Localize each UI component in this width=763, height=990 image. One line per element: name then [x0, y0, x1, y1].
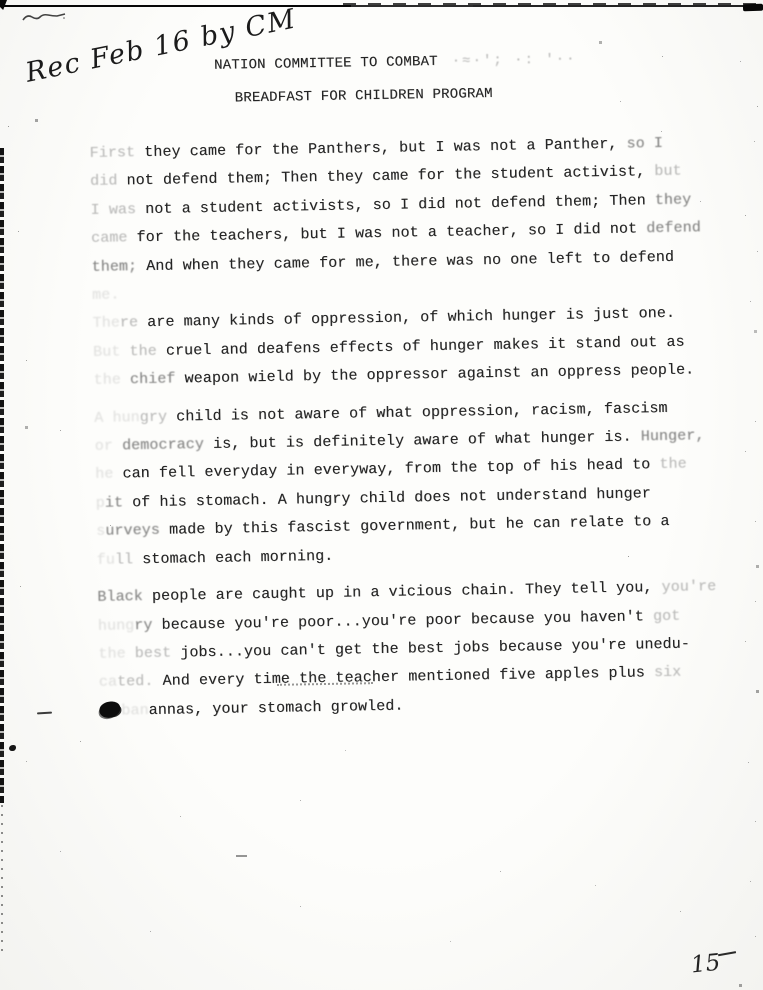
- ink-blob: [98, 700, 121, 718]
- text-segment: gry: [140, 408, 168, 425]
- text-segment: ll: [115, 551, 133, 568]
- text-segment: ban: [121, 702, 149, 719]
- text-segment: p: [96, 495, 105, 512]
- text-segment: ca: [99, 674, 117, 691]
- text-segment: made by this fascist government, but he …: [160, 513, 670, 539]
- text-segment: A hun: [94, 409, 140, 427]
- text-segment: hung: [98, 617, 135, 635]
- text-segment: not a student activists, so I did not de…: [136, 192, 655, 218]
- text-segment: the: [93, 372, 130, 390]
- scan-noise-speckles: [0, 0, 1, 1]
- text-segment: can fell everyday in everyway, from the …: [113, 457, 659, 484]
- ink-speck: [9, 745, 16, 751]
- text-segment: democracy: [122, 436, 204, 454]
- text-segment: chief: [130, 371, 176, 389]
- text-segment: urveys: [105, 522, 160, 540]
- stray-dash-mark: [37, 712, 52, 715]
- text-segment: defend: [646, 220, 701, 238]
- text-segment: is, but is definitely aware of what hung…: [204, 428, 641, 453]
- text-segment: they: [655, 191, 692, 209]
- text-segment: weapon wield by the oppressor against an…: [175, 362, 694, 388]
- text-segment: not defend them; Then they came for the …: [117, 164, 654, 190]
- text-segment: best: [135, 645, 172, 663]
- scan-edge-dashes: [343, 3, 763, 5]
- text-segment: people are caught up in a vicious chain.…: [143, 579, 662, 605]
- typed-content: NATION COMMITTEE TO COMBAT·≈·'; ·: '·· B…: [88, 49, 750, 726]
- text-segment: the: [98, 645, 135, 663]
- text-segment: I was: [90, 201, 136, 219]
- text-segment: And every time the teacher mentioned fiv…: [153, 665, 654, 691]
- paragraph: A hungry child is not aware of what oppr…: [94, 393, 747, 575]
- title-text: NATION COMMITTEE TO COMBAT: [214, 54, 438, 74]
- scan-corner-mark-right: [743, 4, 763, 12]
- paragraph: First they came for the Panthers, but I …: [89, 129, 742, 311]
- text-segment: got: [653, 607, 681, 624]
- text-segment: are many kinds of oppression, of which h…: [138, 305, 675, 331]
- typed-body: First they came for the Panthers, but I …: [89, 129, 749, 726]
- text-segment: fu: [97, 551, 115, 568]
- text-segment: so I: [626, 135, 663, 153]
- paragraph: Black people are caught up in a vicious …: [97, 573, 749, 726]
- text-segment: child is not aware of what oppression, r…: [167, 400, 668, 426]
- text-segment: me.: [92, 287, 120, 304]
- text-segment: them;: [91, 258, 137, 276]
- text-segment: The: [92, 315, 120, 332]
- stray-dash-mark-small: [236, 855, 247, 857]
- text-segment: ted.: [117, 673, 154, 691]
- text-segment: First: [89, 144, 135, 162]
- text-segment: he: [95, 466, 113, 483]
- text-segment: annas, your stomach growled.: [149, 697, 404, 718]
- margin-scribble-mark: [20, 11, 68, 25]
- text-segment: re: [120, 315, 138, 332]
- scanned-document-page: Rec Feb 16 by CM NATION COMMITTEE TO COM…: [0, 0, 763, 990]
- text-segment: cruel and deafens effects of hunger make…: [157, 333, 685, 359]
- text-segment: six: [654, 664, 682, 681]
- text-segment: came: [91, 230, 128, 248]
- text-segment: for the teachers, but I was not a teache…: [127, 221, 646, 247]
- scan-edge-dots-left: [1, 805, 3, 955]
- text-segment: stomach each morning.: [133, 547, 334, 567]
- text-segment: you're: [661, 578, 716, 596]
- handwritten-page-number: 15: [690, 950, 722, 979]
- text-segment: the: [129, 343, 157, 360]
- paragraph: There are many kinds of oppression, of w…: [92, 299, 743, 396]
- text-segment: the: [659, 456, 687, 473]
- text-segment: s: [96, 523, 105, 540]
- text-segment: they came for the Panthers, but I was no…: [135, 136, 627, 162]
- document-title-line2: BREADFAST FOR CHILDREN PROGRAM: [235, 82, 739, 107]
- text-segment: But: [93, 343, 130, 361]
- text-segment: And when they came for me, there was no …: [137, 248, 674, 274]
- text-segment: it: [105, 494, 123, 511]
- text-segment: did: [90, 173, 118, 190]
- text-segment: because you're poor...you're poor becaus…: [152, 608, 653, 634]
- scan-edge-line: [0, 5, 763, 7]
- text-segment: or: [95, 438, 123, 455]
- text-segment: Black: [97, 588, 143, 606]
- text-segment: of his stomach. A hungry child does not …: [123, 485, 651, 511]
- faded-title-text: ·≈·'; ·: '··: [452, 51, 577, 69]
- text-segment: Hunger,: [641, 427, 705, 445]
- text-segment: jobs...you can't get the best jobs becau…: [171, 635, 690, 661]
- scan-edge-artifact-top: [0, 3, 763, 9]
- scan-edge-artifact-left: [0, 148, 4, 803]
- document-title-line1: NATION COMMITTEE TO COMBAT·≈·'; ·: '··: [214, 49, 738, 74]
- text-segment: but: [654, 163, 682, 180]
- text-segment: ry: [134, 616, 152, 633]
